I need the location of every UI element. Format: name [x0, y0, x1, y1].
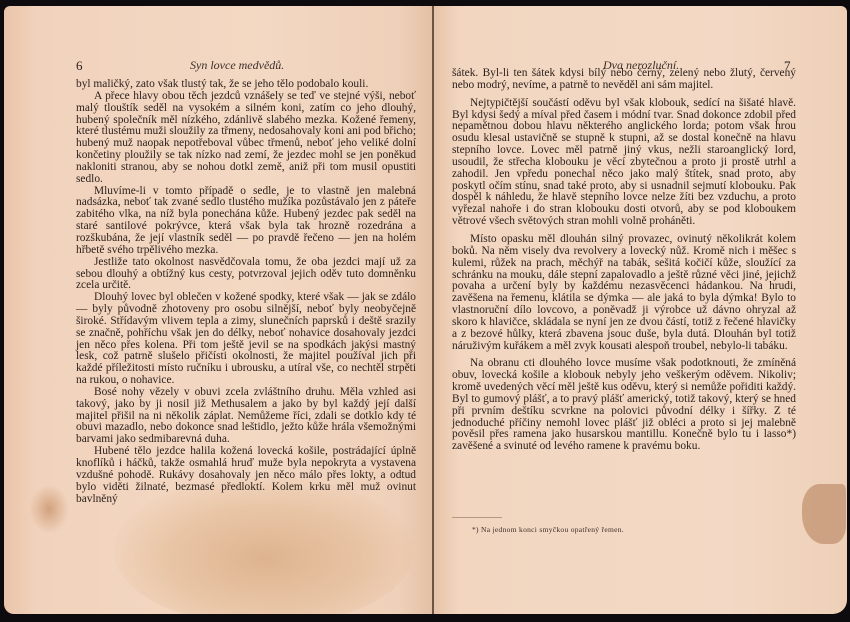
water-stain: [802, 484, 846, 544]
left-page: 6 Syn lovce medvědů. byl maličký, zato v…: [4, 6, 432, 614]
paragraph: Na obranu cti dlouhého lovce musíme však…: [452, 358, 796, 453]
body-text: byl maličký, zato však tlustý tak, že se…: [76, 79, 416, 505]
paragraph: Mluvíme-li v tomto případě o sedle, je t…: [76, 186, 416, 257]
paragraph: A přece hlavy obou těch jezdců vznášely …: [76, 91, 416, 186]
water-stain: [29, 484, 69, 534]
paragraph: Jestliže tato okolnost nasvědčovala tomu…: [76, 257, 416, 293]
body-text: šátek. Byl-li ten šátek kdysi bílý nebo …: [452, 68, 796, 453]
paragraph: Bosé nohy vězely v obuvi zcela zvláštníh…: [76, 387, 416, 446]
book-spread: 6 Syn lovce medvědů. byl maličký, zato v…: [4, 6, 847, 614]
paragraph: Hubené tělo jezdce halila kožená lovecká…: [76, 446, 416, 505]
footnote-divider: [452, 517, 502, 518]
paragraph: Dlouhý lovec byl oblečen v kožené spodky…: [76, 292, 416, 387]
paragraph: Nejtypičtější součástí oděvu byl však kl…: [452, 98, 796, 228]
right-page: Dva nerozluční. 7 šátek. Byl-li ten šáte…: [434, 6, 847, 614]
paragraph: šátek. Byl-li ten šátek kdysi bílý nebo …: [452, 68, 796, 92]
paragraph: Místo opasku měl dlouhán silný provazec,…: [452, 234, 796, 352]
running-head: Syn lovce medvědů.: [190, 58, 284, 73]
footnote: *) Na jednom konci smyčkou opatřený řeme…: [472, 525, 624, 534]
page-number: 6: [76, 58, 83, 74]
